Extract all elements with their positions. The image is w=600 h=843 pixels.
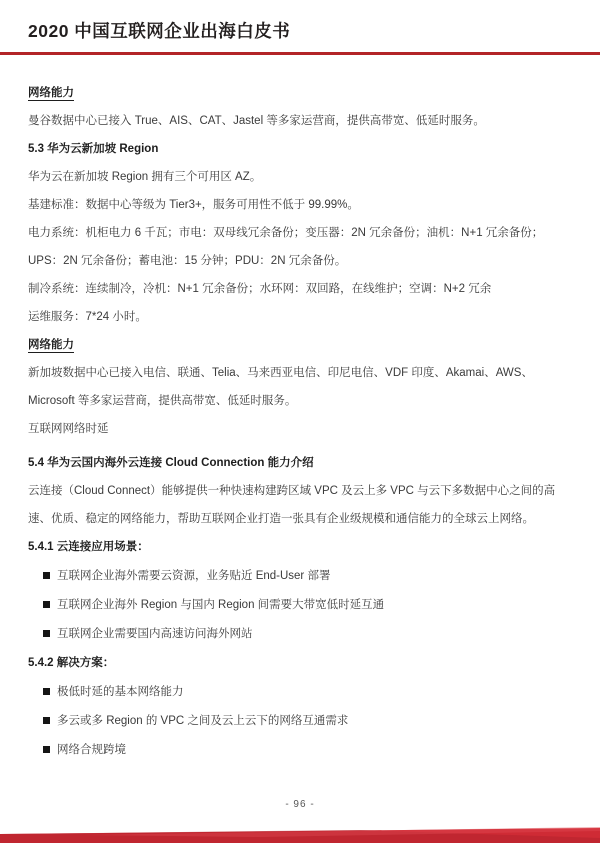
heading-network-capability-2: 网络能力 (28, 331, 572, 359)
square-bullet-icon (43, 688, 50, 695)
heading-section-5-4-1: 5.4.1 云连接应用场景： (28, 533, 572, 561)
bullet-text: 互联网企业海外需要云资源，业务贴近 End-User 部署 (57, 562, 330, 590)
bullet-text: 极低时延的基本网络能力 (57, 678, 184, 706)
heading-network-capability-1: 网络能力 (28, 79, 572, 107)
page-number: - 96 - (0, 799, 600, 810)
para-power-system: 电力系统：机柜电力 6 千瓦；市电：双母线冗余备份；变压器：2N 冗余备份；油机… (28, 219, 572, 275)
page-title: 2020 中国互联网企业出海白皮书 (28, 18, 290, 43)
para-cooling-system: 制冷系统：连续制冷，冷机：N+1 冗余备份；水环网：双回路，在线维护；空调：N+… (28, 275, 572, 303)
bullet-text: 多云或多 Region 的 VPC 之间及云上云下的网络互通需求 (57, 707, 348, 735)
footer-ribbon (0, 825, 600, 843)
bullet-scenario-1: 互联网企业海外需要云资源，业务贴近 End-User 部署 (28, 562, 572, 590)
para-singapore-az: 华为云在新加坡 Region 拥有三个可用区 AZ。 (28, 163, 572, 191)
header-rule (0, 52, 600, 55)
bullet-solution-3: 网络合规跨境 (28, 736, 572, 764)
para-singapore-carriers: 新加坡数据中心已接入电信、联通、Telia、马来西亚电信、印尼电信、VDF 印度… (28, 359, 572, 415)
bullet-solution-2: 多云或多 Region 的 VPC 之间及云上云下的网络互通需求 (28, 707, 572, 735)
square-bullet-icon (43, 746, 50, 753)
square-bullet-icon (43, 630, 50, 637)
bullet-text: 互联网企业海外 Region 与国内 Region 间需要大带宽低时延互通 (57, 591, 384, 619)
para-bangkok-datacenter: 曼谷数据中心已接入 True、AIS、CAT、Jastel 等多家运营商，提供高… (28, 107, 572, 135)
square-bullet-icon (43, 717, 50, 724)
heading-section-5-4-2: 5.4.2 解决方案： (28, 649, 572, 677)
heading-section-5-4: 5.4 华为云国内海外云连接 Cloud Connection 能力介绍 (28, 449, 572, 477)
bullet-text: 互联网企业需要国内高速访问海外网站 (57, 620, 253, 648)
para-infrastructure-standard: 基建标准：数据中心等级为 Tier3+，服务可用性不低于 99.99%。 (28, 191, 572, 219)
bullet-solution-1: 极低时延的基本网络能力 (28, 678, 572, 706)
square-bullet-icon (43, 601, 50, 608)
page-content: 网络能力 曼谷数据中心已接入 True、AIS、CAT、Jastel 等多家运营… (28, 79, 572, 765)
bullet-text: 网络合规跨境 (57, 736, 126, 764)
para-ops-service: 运维服务：7*24 小时。 (28, 303, 572, 331)
square-bullet-icon (43, 572, 50, 579)
para-cloud-connect: 云连接（Cloud Connect）能够提供一种快速构建跨区域 VPC 及云上多… (28, 477, 572, 533)
heading-section-5-3: 5.3 华为云新加坡 Region (28, 135, 572, 163)
para-internet-latency: 互联网网络时延 (28, 415, 572, 443)
bullet-scenario-3: 互联网企业需要国内高速访问海外网站 (28, 620, 572, 648)
bullet-scenario-2: 互联网企业海外 Region 与国内 Region 间需要大带宽低时延互通 (28, 591, 572, 619)
whitepaper-page: 2020 中国互联网企业出海白皮书 网络能力 曼谷数据中心已接入 True、AI… (0, 0, 600, 843)
